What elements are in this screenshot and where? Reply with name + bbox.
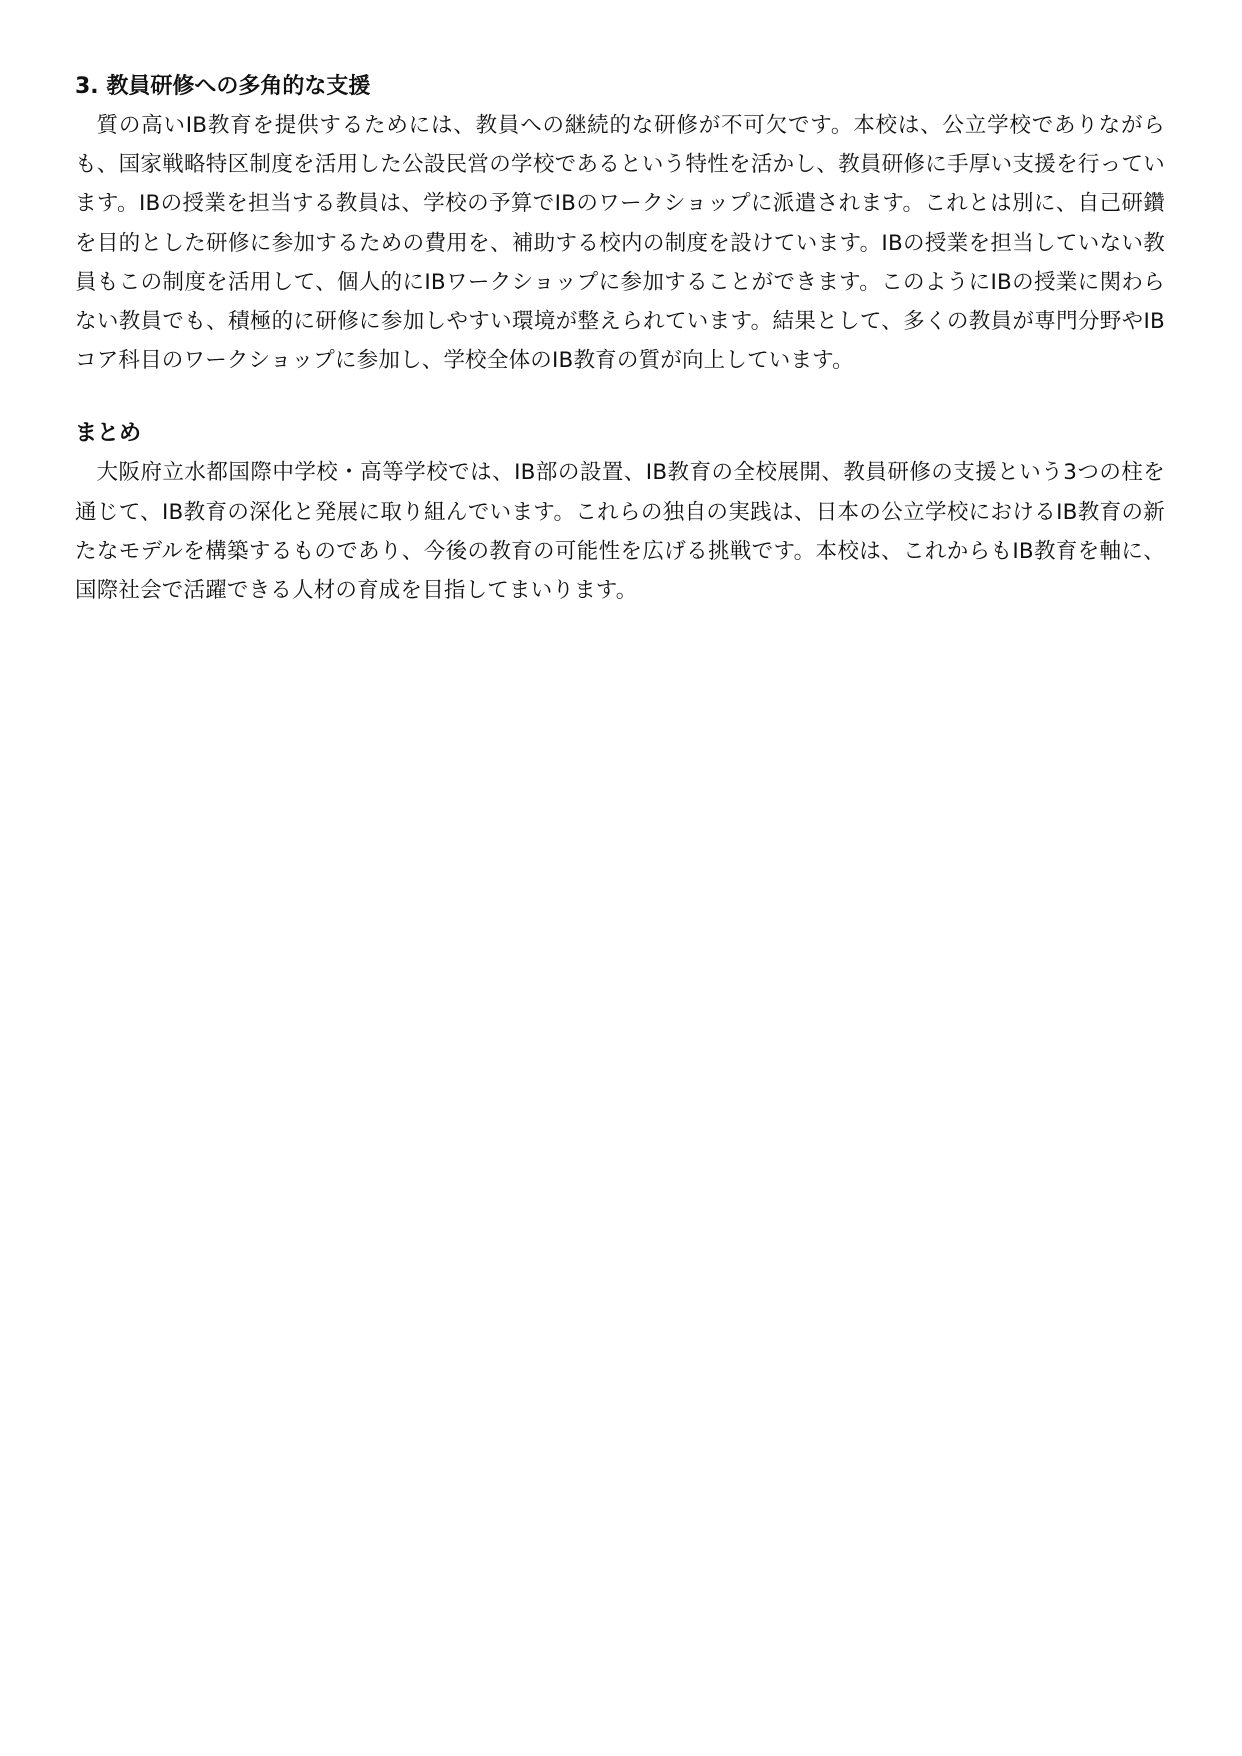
section-teacher-training-support: 3. 教員研修への多角的な支援 質の高いIB教育を提供するためには、教員への継続…: [75, 68, 1165, 380]
document-page: 3. 教員研修への多角的な支援 質の高いIB教育を提供するためには、教員への継続…: [75, 68, 1165, 610]
section-summary: まとめ 大阪府立水都国際中学校・高等学校では、IB部の設置、IB教育の全校展開、…: [75, 415, 1165, 610]
section-heading: まとめ: [75, 415, 1165, 453]
section-paragraph: 大阪府立水都国際中学校・高等学校では、IB部の設置、IB教育の全校展開、教員研修…: [75, 453, 1165, 610]
section-heading: 3. 教員研修への多角的な支援: [75, 68, 1165, 106]
section-paragraph: 質の高いIB教育を提供するためには、教員への継続的な研修が不可欠です。本校は、公…: [75, 106, 1165, 380]
